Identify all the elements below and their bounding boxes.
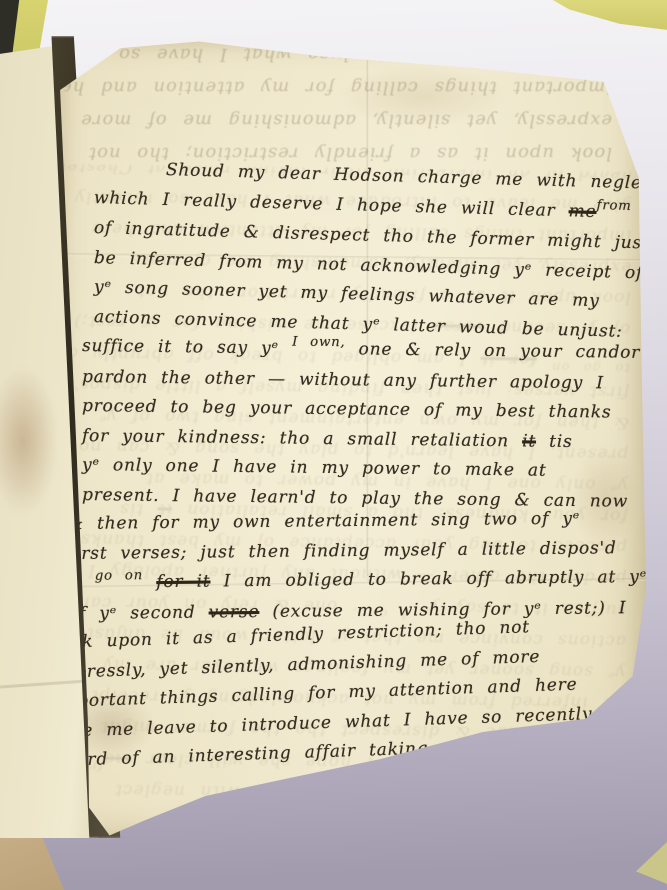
table-edge-top-right (548, 0, 667, 34)
letter-text-segment: for your kindness: tho a small retaliati… (82, 426, 522, 451)
letter-text-segment: tis (536, 431, 573, 451)
letter-line: heard of an interesting affair taking pl… (64, 22, 612, 38)
letter-text-segment: one & rely on your candor to (345, 339, 667, 363)
letter-text-segment: of yᵉ second (68, 602, 209, 623)
letter-text-segment: suffice it to say yᵉ (82, 336, 292, 359)
letter-page: look upon it as a friendly restriction; … (48, 30, 652, 852)
letter-text-segment (143, 572, 156, 592)
letter-text: Shoud my dear Hodson charge me with negl… (48, 154, 652, 777)
letter-text-segment: it (522, 431, 536, 451)
letter-text-segment: heard of an interesting affair taking pl… (64, 22, 612, 32)
letter-text-segment: proceed to beg your acceptance of my bes… (82, 396, 612, 422)
letter-text-segment: I own, (292, 328, 346, 358)
table-edge-bottom-right (636, 842, 667, 884)
letter-text-segment: me (568, 201, 596, 222)
letter-text-segment: pardon the other — without any further a… (82, 367, 604, 393)
stain (0, 366, 58, 516)
letter-text-segment: & then for my own entertainment sing two… (68, 509, 580, 534)
letter-text-segment: verse (209, 601, 260, 622)
letter-text-segment: for it (156, 572, 210, 593)
letter-text-segment: of those (631, 203, 667, 226)
letter-text-segment: I am obliged to break off abruptly at yᵉ… (210, 566, 667, 591)
stain (338, 64, 508, 128)
letter-text-segment: first verses; just then finding myself a… (68, 538, 617, 564)
letter-text-segment: yᵉ only one I have in my power to make a… (82, 455, 547, 481)
letter-photograph: look upon it as a friendly restriction; … (0, 0, 667, 890)
letter-text-segment: from (596, 191, 632, 221)
